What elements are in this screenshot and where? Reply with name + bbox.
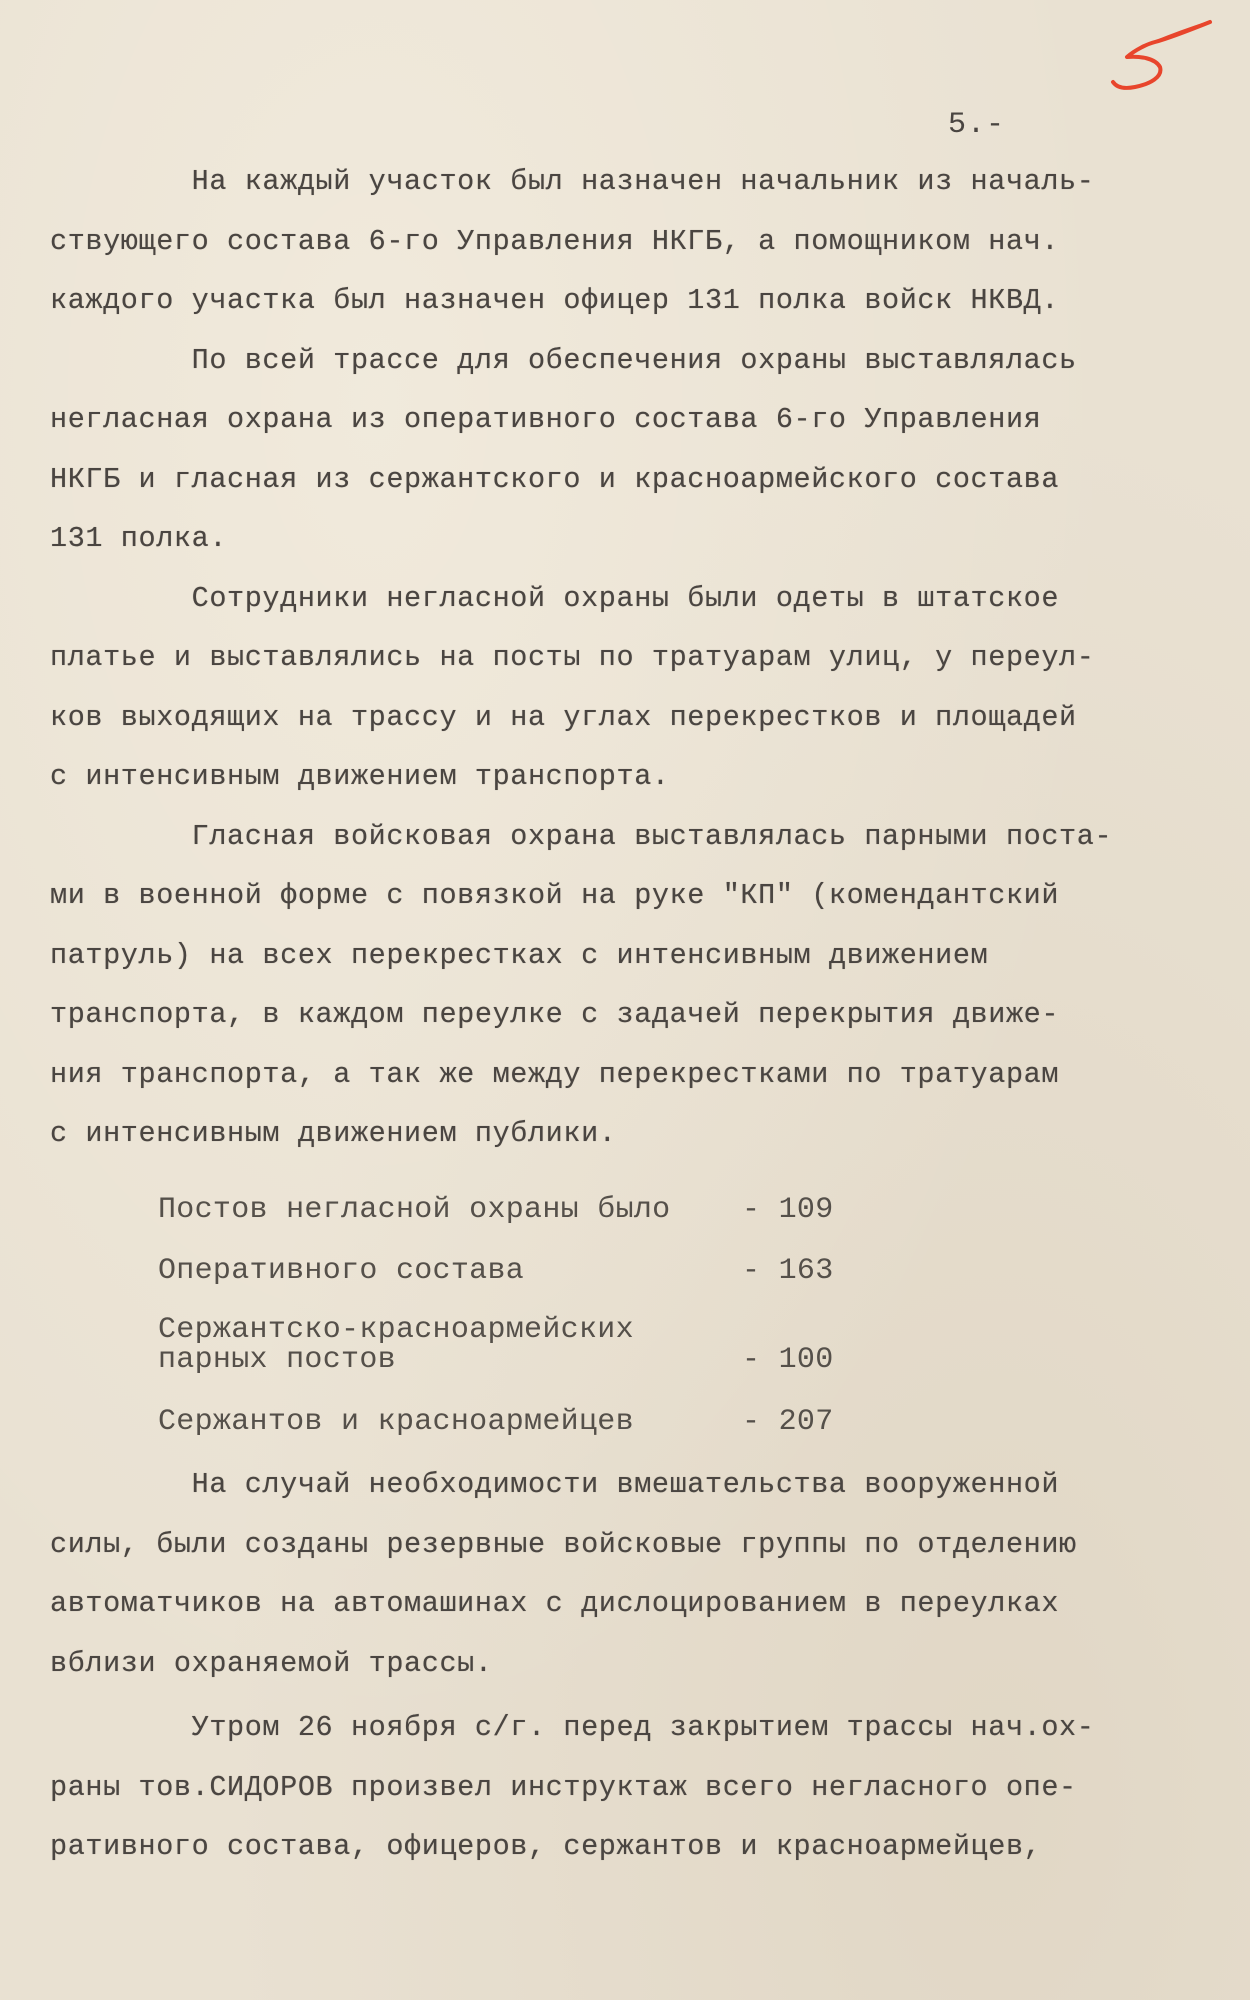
text-line: негласная охрана из оперативного состава… — [50, 403, 1041, 437]
text-line: с интенсивным движением публики. — [50, 1117, 617, 1151]
stat-value: - 109 — [742, 1193, 834, 1227]
text-line: ствующего состава 6-го Управления НКГБ, … — [50, 225, 1059, 259]
stat-value: - 207 — [742, 1405, 834, 1439]
stat-label: Сержантов и красноармейцев — [158, 1405, 634, 1439]
handwritten-folio-mark — [1105, 12, 1225, 97]
text-line: ми в военной форме с повязкой на руке "К… — [50, 879, 1059, 913]
stat-label: Оперативного состава — [158, 1254, 524, 1288]
text-line: транспорта, в каждом переулке с задачей … — [50, 998, 1059, 1032]
document-page: 5.- На каждый участок был назначен начал… — [0, 0, 1250, 2000]
text-line: На случай необходимости вмешательства во… — [50, 1468, 1059, 1502]
text-line: платье и выставлялись на посты по тратуа… — [50, 641, 1094, 675]
text-line: Утром 26 ноября с/г. перед закрытием тра… — [50, 1711, 1094, 1745]
text-line: На каждый участок был назначен начальник… — [50, 165, 1094, 199]
text-line: ков выходящих на трассу и на углах перек… — [50, 701, 1077, 735]
text-line: раны тов.СИДОРОВ произвел инструктаж все… — [50, 1771, 1077, 1805]
text-line: ративного состава, офицеров, сержантов и… — [50, 1830, 1041, 1864]
stat-value: - 163 — [742, 1254, 834, 1288]
text-line: По всей трассе для обеспечения охраны вы… — [50, 344, 1077, 378]
text-line: 131 полка. — [50, 522, 227, 556]
text-line: с интенсивным движением транспорта. — [50, 760, 670, 794]
stat-label: Сержантско-красноармейских — [158, 1313, 634, 1347]
text-line: силы, были созданы резервные войсковые г… — [50, 1528, 1077, 1562]
text-line: каждого участка был назначен офицер 131 … — [50, 284, 1059, 318]
stat-label: парных постов — [158, 1343, 396, 1377]
text-line: НКГБ и гласная из сержантского и красноа… — [50, 463, 1059, 497]
page-number: 5.- — [948, 108, 1005, 142]
text-line: Сотрудники негласной охраны были одеты в… — [50, 582, 1059, 616]
text-line: Гласная войсковая охрана выставлялась па… — [50, 820, 1112, 854]
text-line: ния транспорта, а так же между перекрест… — [50, 1058, 1059, 1092]
text-line: вблизи охраняемой трассы. — [50, 1647, 493, 1681]
stat-label: Постов негласной охраны было — [158, 1193, 670, 1227]
text-line: патруль) на всех перекрестках с интенсив… — [50, 939, 988, 973]
text-line: автоматчиков на автомашинах с дислоциров… — [50, 1587, 1059, 1621]
stat-value: - 100 — [742, 1343, 834, 1377]
